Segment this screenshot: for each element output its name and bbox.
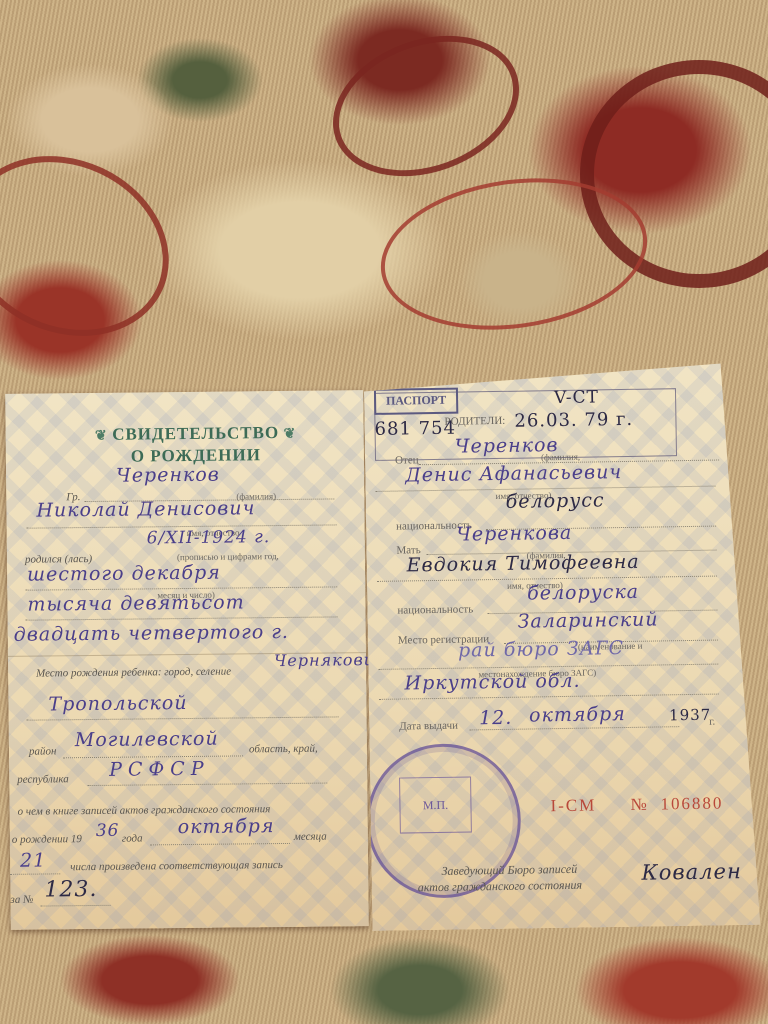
record-year: 36 <box>96 821 120 841</box>
carpet-paisley-motif <box>313 11 539 201</box>
issue-day: 12. <box>479 707 513 730</box>
record-number: 123. <box>44 877 97 903</box>
seal-mp-label: М.П. <box>399 776 472 833</box>
record-month: октября <box>178 815 275 838</box>
head-signature: Ковален <box>641 859 742 885</box>
record-number-label: за № <box>10 894 33 906</box>
certificate-number-label: № <box>630 795 649 815</box>
record-year-label: года <box>122 832 143 844</box>
birth-date-words-2: тысяча девятьсот <box>27 591 244 615</box>
father-name: Денис Афанасьевич <box>405 461 622 486</box>
ornament-icon: ❦ <box>95 429 112 444</box>
dotted-line <box>26 616 338 620</box>
record-birth-prefix: о рождении 19 <box>12 833 82 846</box>
region-label: область, край, <box>249 743 318 756</box>
dotted-line <box>27 716 339 720</box>
issue-year-suffix: г. <box>709 716 715 728</box>
birthplace-label: Место рождения ребенка: город, селение <box>36 666 231 680</box>
dotted-line <box>150 843 290 845</box>
mother-nationality: белоруска <box>527 581 639 605</box>
issue-year: 1937 <box>669 706 711 725</box>
dotted-line <box>41 905 111 907</box>
record-day-text: числа произведена соответствующая запись <box>70 859 283 873</box>
birth-date-digits: 6/XII-1924 г. <box>147 527 271 548</box>
carpet-paisley-motif <box>0 123 198 368</box>
title-line-1: СВИДЕТЕЛЬСТВО <box>112 423 279 444</box>
registration-office: Заларинский <box>517 608 658 632</box>
district-value: Могилевской <box>75 728 219 752</box>
registration-bureau: рай бюро ЗАГС <box>458 637 624 662</box>
mother-name: Евдокия Тимофеевна <box>407 551 640 577</box>
ornament-icon: ❦ <box>279 427 296 442</box>
republic-value: РСФСР <box>109 758 210 781</box>
parents-label: РОДИТЕЛИ: <box>444 415 505 428</box>
born-hint: (прописью и цифрами год, <box>177 551 279 562</box>
mother-surname: Черенкова <box>456 522 572 546</box>
certificate-right-page: ПАСПОРТ V-СТ 681 754 РОДИТЕЛИ: 26.03. 79… <box>364 363 761 931</box>
dotted-line <box>87 783 327 787</box>
child-surname: Черенков <box>116 464 220 487</box>
passport-date: 26.03. 79 г. <box>514 409 633 432</box>
birthplace-line-2: Тропольской <box>48 692 187 715</box>
birth-date-words-1: шестого декабря <box>27 562 221 586</box>
head-of-bureau-label: Заведующий Бюро записей <box>441 862 577 879</box>
nationality-label: национальность <box>397 603 473 616</box>
series-note: V-СТ <box>554 387 599 408</box>
head-of-bureau-label-2: актов гражданского состояния <box>418 878 583 896</box>
record-month-label: месяца <box>294 831 327 843</box>
record-day: 21 <box>20 849 46 871</box>
child-name-patronymic: Николай Денисович <box>36 497 255 521</box>
issue-month: октября <box>529 703 626 727</box>
father-surname-hint: (фамилия, <box>541 452 580 463</box>
certificate-title: ❦ СВИДЕТЕЛЬСТВО ❦ О РОЖДЕНИИ <box>66 423 326 468</box>
district-label: район <box>29 745 57 757</box>
certificate-left-page: ❦ СВИДЕТЕЛЬСТВО ❦ О РОЖДЕНИИ Черенков Гр… <box>5 390 369 930</box>
certificate-series: I-СМ <box>550 795 596 816</box>
registration-region: Иркутской обл. <box>404 670 580 695</box>
republic-label: республика <box>17 773 69 786</box>
passport-stamp: ПАСПОРТ <box>374 388 458 415</box>
certificate-number: 106880 <box>660 793 723 814</box>
birth-date-words-3: двадцать четвертого г. <box>14 621 289 646</box>
issue-date-label: Дата выдачи <box>399 720 458 733</box>
dotted-line <box>379 694 719 700</box>
dotted-line <box>10 873 60 875</box>
father-nationality: белорусс <box>506 489 605 513</box>
